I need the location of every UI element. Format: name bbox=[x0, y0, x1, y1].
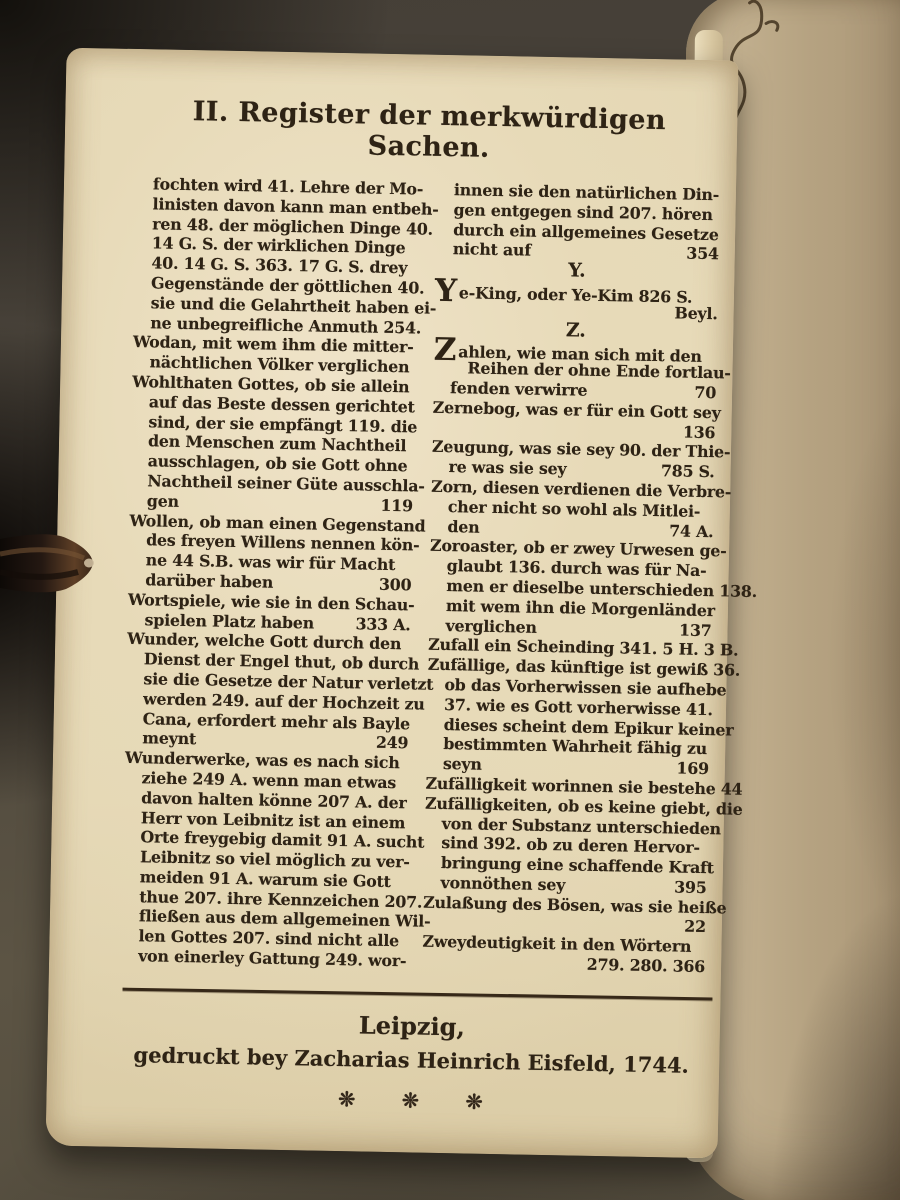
index-column-right: innen sie den natürlichen Din-gen entgeg… bbox=[422, 180, 720, 977]
dropcap-initial: Z bbox=[434, 341, 457, 359]
page-content: II. Register der merkwürdigen Sachen. fo… bbox=[46, 48, 739, 1159]
imprint-printer-line: gedruckt bey Zacharias Heinrich Eisfeld,… bbox=[117, 1042, 705, 1078]
index-columns: fochten wird 41. Lehre der Mo-linisten d… bbox=[121, 174, 722, 977]
line-pagenum: 354 bbox=[678, 244, 719, 265]
imprint-divider-rule bbox=[123, 988, 713, 1001]
dropcap-initial: Y bbox=[435, 282, 457, 300]
clasp-bookmark-tip bbox=[0, 532, 98, 596]
line-pagenum: 333 A. bbox=[347, 614, 410, 635]
line-pagenum: 300 bbox=[371, 575, 412, 596]
index-column-left: fochten wird 41. Lehre der Mo-linisten d… bbox=[121, 174, 419, 971]
book-photo-scene: II. Register der merkwürdigen Sachen. fo… bbox=[0, 0, 900, 1200]
line-pagenum: 119 bbox=[372, 495, 413, 516]
page-header-title: II. Register der merkwürdigen Sachen. bbox=[135, 49, 725, 168]
index-line: von einerley Gattung 249. wor- bbox=[121, 946, 404, 971]
line-pagenum: 249 bbox=[368, 733, 409, 754]
line-text: von einerley Gattung 249. wor- bbox=[138, 946, 407, 971]
line-pagenum: 785 S. bbox=[653, 461, 715, 482]
book-page: II. Register der merkwürdigen Sachen. fo… bbox=[46, 48, 739, 1159]
line-pagenum: 70 bbox=[686, 383, 716, 403]
index-line: 279. 280. 366 bbox=[422, 952, 705, 977]
imprint-block: Leipzig, gedruckt bey Zacharias Heinrich… bbox=[116, 1006, 706, 1118]
line-text: 279. 280. 366 bbox=[422, 952, 705, 977]
ornament-rosettes: ❊ ❊ ❊ bbox=[116, 1083, 704, 1118]
line-pagenum: 169 bbox=[668, 758, 709, 779]
line-pagenum: 137 bbox=[671, 620, 712, 641]
line-pagenum: 74 A. bbox=[661, 521, 714, 542]
line-pagenum: 395 bbox=[666, 877, 707, 898]
imprint-city: Leipzig, bbox=[118, 1006, 706, 1046]
